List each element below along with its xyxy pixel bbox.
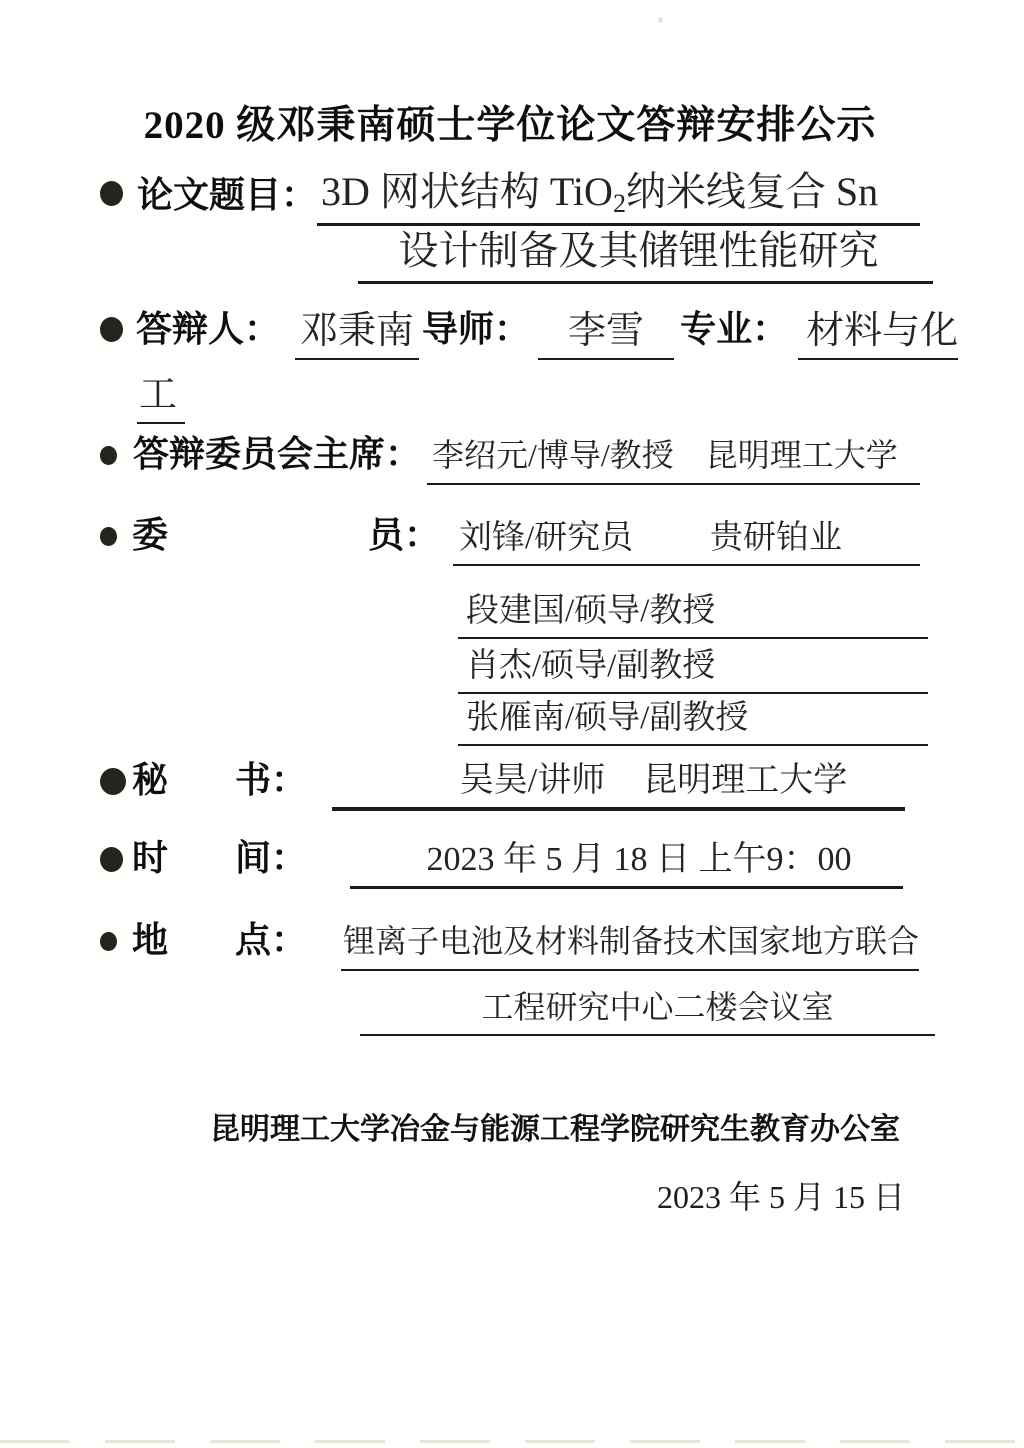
thesis-title-text-post: 纳米线复合 Sn	[626, 169, 878, 214]
committee-label-second: 员：	[368, 507, 440, 566]
scanned-document-page: 2020 级邓秉南硕士学位论文答辩安排公示 论文题目： 3D 网状结构 TiO2…	[0, 0, 1024, 1448]
time-label-group: 时 间：	[132, 830, 307, 889]
major-value-line2: 工	[137, 363, 185, 424]
defender-row: 答辩人： 邓秉南 导师： 李雪 专业： 材料与化	[100, 299, 920, 360]
major-value-line1: 材料与化	[798, 299, 958, 360]
defender-label: 答辩人：	[136, 301, 280, 360]
committee-chair-value: 李绍元/博导/教授 昆明理工大学	[427, 430, 920, 485]
bullet-icon	[100, 527, 117, 546]
secretary-label-group: 秘 书：	[132, 752, 307, 811]
scan-edge-artifact	[0, 1440, 1024, 1443]
bullet-icon	[100, 181, 123, 206]
bullet-icon	[100, 932, 117, 951]
committee-member4-value: 张雁南/硕导/副教授	[458, 691, 928, 746]
venue-value-line2: 工程研究中心二楼会议室	[360, 982, 935, 1036]
advisor-label: 导师：	[422, 301, 530, 360]
committee-member1-name: 刘锋/研究员	[459, 511, 633, 558]
venue-label-group: 地 点：	[132, 912, 307, 971]
committee-label-group: 委 员：	[132, 507, 440, 566]
venue-row: 地 点： 锂离子电池及材料制备技术国家地方联合	[100, 912, 920, 971]
secretary-value: 吴昊/讲师昆明理工大学	[332, 752, 905, 811]
committee-member-row: 委 员： 刘锋/研究员 贵研铂业	[100, 507, 920, 566]
issuing-office: 昆明理工大学冶金与能源工程学院研究生教育办公室	[190, 1104, 920, 1148]
bullet-icon	[100, 768, 126, 795]
secretary-row: 秘 书： 吴昊/讲师昆明理工大学	[100, 752, 920, 811]
time-value: 2023 年 5 月 18 日 上午9：00	[350, 831, 903, 889]
secretary-name: 吴昊/讲师	[460, 762, 605, 799]
advisor-name-value: 李雪	[538, 299, 674, 360]
committee-member1-affiliation: 贵研铂业	[710, 511, 842, 558]
thesis-title-label: 论文题目：	[137, 167, 317, 226]
committee-label-first: 委	[132, 507, 168, 566]
secretary-affiliation: 昆明理工大学	[643, 762, 847, 799]
defender-name-value: 邓秉南	[295, 299, 419, 360]
committee-member2-value: 段建国/硕导/教授	[458, 584, 928, 639]
time-label-first: 时	[132, 830, 168, 889]
committee-member1-value: 刘锋/研究员 贵研铂业	[453, 511, 920, 566]
major-label: 专业：	[680, 301, 788, 360]
bullet-icon	[100, 317, 123, 342]
time-row: 时 间： 2023 年 5 月 18 日 上午9：00	[100, 830, 920, 889]
bullet-icon	[100, 446, 117, 465]
scan-speck-artifact	[658, 17, 663, 23]
committee-member3-value: 肖杰/硕导/副教授	[458, 639, 928, 694]
issue-date: 2023 年 5 月 15 日	[657, 1172, 905, 1218]
time-label-second: 间：	[235, 830, 307, 889]
secretary-label-second: 书：	[235, 752, 307, 811]
bullet-icon	[100, 847, 123, 872]
committee-chair-label: 答辩委员会主席：	[133, 426, 421, 485]
document-title: 2020 级邓秉南硕士学位论文答辩安排公示	[100, 94, 920, 150]
thesis-title-row: 论文题目： 3D 网状结构 TiO2纳米线复合 Sn	[100, 160, 920, 226]
venue-label-first: 地	[132, 912, 168, 971]
secretary-label-first: 秘	[132, 752, 168, 811]
thesis-title-value-line2: 设计制备及其储锂性能研究	[358, 219, 933, 284]
venue-value-line1: 锂离子电池及材料制备技术国家地方联合	[341, 916, 919, 971]
venue-label-second: 点：	[235, 912, 307, 971]
committee-chair-row: 答辩委员会主席： 李绍元/博导/教授 昆明理工大学	[100, 426, 920, 485]
thesis-title-text-pre: 3D 网状结构 TiO	[321, 169, 613, 214]
thesis-title-value-line1: 3D 网状结构 TiO2纳米线复合 Sn	[317, 160, 920, 226]
thesis-title-subscript: 2	[613, 189, 626, 218]
